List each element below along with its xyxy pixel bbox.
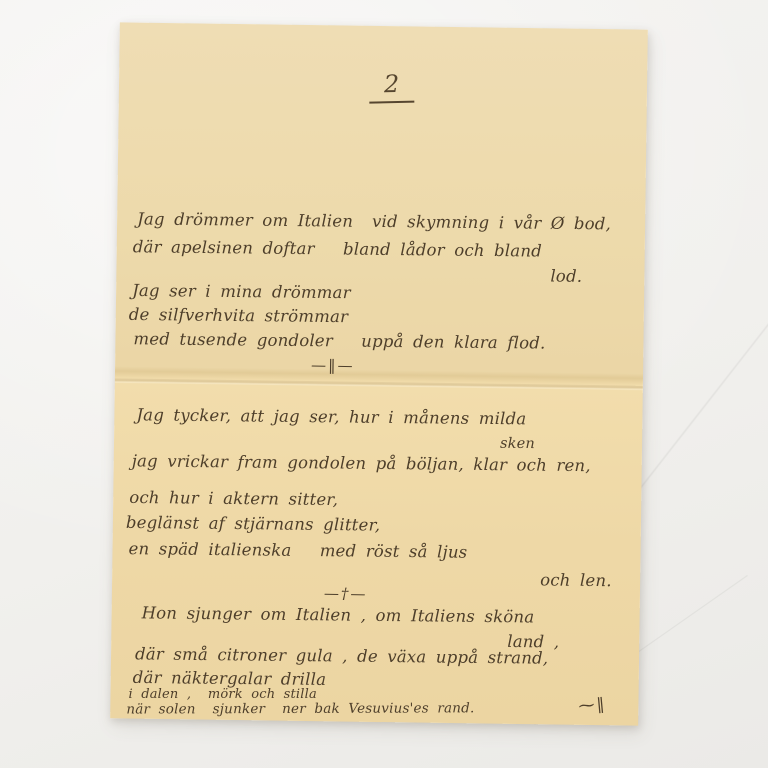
poem-line: i dalen , mörk och stilla: [129, 687, 317, 702]
poem-line: Jag drömmer om Italien vid skymning i vå…: [137, 209, 611, 233]
poem-line: beglänst af stjärnans glitter,: [126, 513, 381, 535]
poem-line: lod.: [550, 266, 582, 285]
end-flourish: ⁓‖: [578, 694, 608, 715]
poem-line: Jag tycker, att jag ser, hur i månens mi…: [136, 405, 526, 428]
poem-line: när solen sjunker ner bak Vesuvius'es ra…: [126, 700, 474, 717]
inserted-word: sken: [500, 436, 535, 452]
fold-crease: [115, 378, 643, 390]
poem-line: och hur i aktern sitter,: [129, 488, 338, 509]
poem-line: jag vrickar fram gondolen på böljan, kla…: [132, 451, 591, 475]
page-number: 2: [369, 70, 415, 104]
manuscript-page: 2 Jag drömmer om Italien vid skymning i …: [110, 22, 648, 725]
stanza-divider: —†—: [324, 584, 368, 603]
poem-line: de silfverhvita strömmar: [129, 305, 349, 326]
poem-line: Hon sjunger om Italien , om Italiens skö…: [142, 603, 535, 626]
poem-line: Jag ser i mina drömmar: [132, 281, 351, 302]
poem-line: där små citroner gula , de växa uppå str…: [135, 644, 548, 667]
poem-line: och len.: [540, 570, 612, 590]
poem-line: med tusende gondoler uppå den klara flod…: [133, 329, 545, 352]
photo-background: 2 Jag drömmer om Italien vid skymning i …: [0, 0, 768, 768]
poem-line: där apelsinen doftar bland lådor och bla…: [133, 237, 542, 260]
poem-line: en späd italienska med röst så ljus: [128, 539, 467, 562]
stanza-divider: —‖—: [311, 356, 355, 375]
poem-line: där näktergalar drilla: [133, 668, 327, 689]
